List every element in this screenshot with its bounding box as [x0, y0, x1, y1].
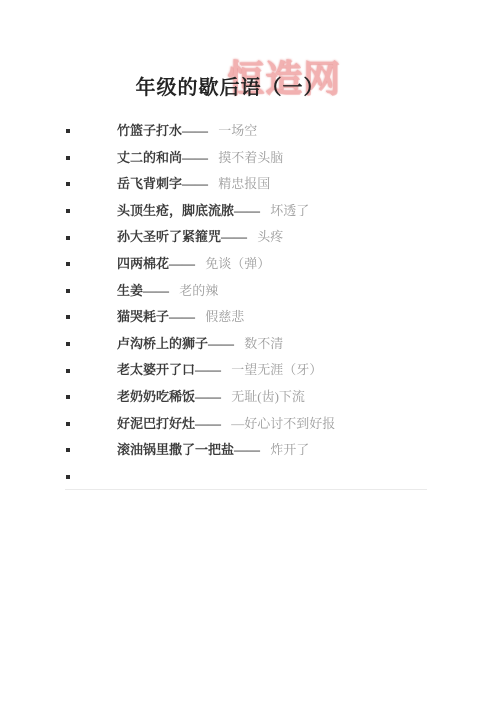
saying-lead: 孙大圣听了紧箍咒——: [117, 229, 247, 244]
saying-lead: 生姜——: [117, 283, 169, 298]
bullet-icon: [66, 129, 70, 133]
bullet-icon: [66, 395, 70, 399]
saying-answer: 无耻(齿)下流: [231, 389, 305, 404]
bullet-icon: [66, 262, 70, 266]
saying-answer: 免谈（弹）: [205, 256, 270, 271]
list-item: 岳飞背刺字—— 精忠报国: [0, 171, 500, 198]
saying-answer: 一场空: [218, 123, 257, 138]
saying-answer: 坏透了: [270, 203, 309, 218]
list-item: 猫哭耗子—— 假慈悲: [0, 304, 500, 331]
bullet-icon: [66, 289, 70, 293]
list-item: 孙大圣听了紧箍咒—— 头疼: [0, 224, 500, 251]
saying-answer: 炸开了: [270, 442, 309, 457]
saying-lead: 猫哭耗子——: [117, 309, 195, 324]
bullet-icon: [66, 209, 70, 213]
list-item: 生姜—— 老的辣: [0, 278, 500, 305]
saying-lead: 头顶生疮，脚底流脓——: [117, 203, 260, 218]
bullet-icon: [66, 422, 70, 426]
list-item-empty: [0, 464, 500, 491]
saying-lead: 四两棉花——: [117, 256, 195, 271]
saying-answer: 摸不着头脑: [218, 150, 283, 165]
list-item: 卢沟桥上的狮子—— 数不清: [0, 331, 500, 358]
saying-answer: 一望无涯（牙）: [231, 362, 322, 377]
saying-lead: 丈二的和尚——: [117, 150, 208, 165]
saying-lead: 卢沟桥上的狮子——: [117, 336, 234, 351]
bullet-icon: [66, 342, 70, 346]
list-item: 老太婆开了口—— 一望无涯（牙）: [0, 357, 500, 384]
list-item: 头顶生疮，脚底流脓—— 坏透了: [0, 198, 500, 225]
list-item: 丈二的和尚—— 摸不着头脑: [0, 145, 500, 172]
saying-answer: 精忠报国: [218, 176, 270, 191]
saying-lead: 岳飞背刺字——: [117, 176, 208, 191]
saying-lead: 老奶奶吃稀饭——: [117, 389, 221, 404]
saying-answer: —好心讨不到好报: [231, 416, 335, 431]
list-item: 好泥巴打好灶—— —好心讨不到好报: [0, 411, 500, 438]
list-item: 四两棉花—— 免谈（弹）: [0, 251, 500, 278]
bullet-icon: [66, 182, 70, 186]
list-item: 老奶奶吃稀饭—— 无耻(齿)下流: [0, 384, 500, 411]
bullet-icon: [66, 369, 70, 373]
bullet-icon: [66, 475, 70, 479]
document-page: 恒造网 年级的歇后语（一） 竹篮子打水—— 一场空 丈二的和尚—— 摸不着头脑 …: [0, 0, 500, 708]
saying-lead: 滚油锅里撒了一把盐——: [117, 442, 260, 457]
saying-list: 竹篮子打水—— 一场空 丈二的和尚—— 摸不着头脑 岳飞背刺字—— 精忠报国 头…: [0, 118, 500, 490]
saying-answer: 数不清: [244, 336, 283, 351]
saying-lead: 好泥巴打好灶——: [117, 416, 221, 431]
saying-lead: 老太婆开了口——: [117, 362, 221, 377]
list-item: 竹篮子打水—— 一场空: [0, 118, 500, 145]
saying-answer: 假慈悲: [205, 309, 244, 324]
bullet-icon: [66, 448, 70, 452]
bullet-icon: [66, 236, 70, 240]
saying-answer: 老的辣: [179, 283, 218, 298]
list-item: 滚油锅里撒了一把盐—— 炸开了: [0, 437, 500, 464]
page-title: 年级的歇后语（一）: [0, 71, 460, 100]
bullet-icon: [66, 315, 70, 319]
saying-lead: 竹篮子打水——: [117, 123, 208, 138]
saying-answer: 头疼: [257, 229, 283, 244]
bullet-icon: [66, 156, 70, 160]
